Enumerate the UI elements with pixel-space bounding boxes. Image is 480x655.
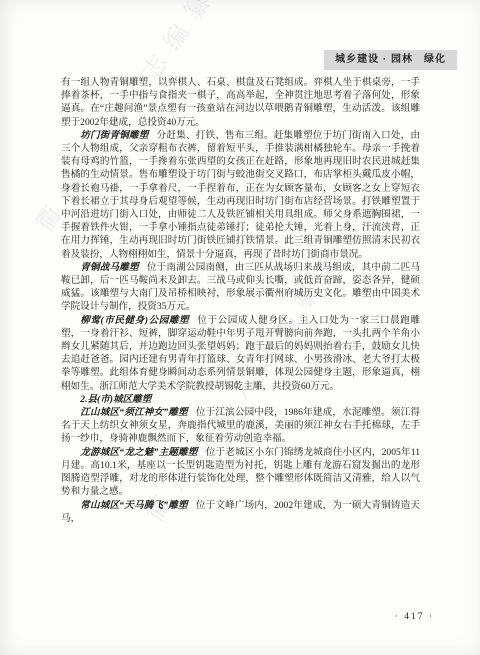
entry-title: 青铜战马雕塑 [80,262,139,273]
entry-title: 柳莺(市民健身)公园雕塑 [80,315,189,326]
entry-title: 常山城区“天马腾飞”雕塑 [80,500,188,511]
body-text: 有一组人物青铜雕塑，以弈棋人、石桌、棋盘及石凳组成。弈棋人坐于棋桌旁，一手捧着茶… [61,76,420,525]
subsection-heading-text: 2.县(市)城区雕塑 [80,394,151,405]
paragraph-text: 位于公园成人健身区。主入口处为一家三口晨跑雕塑，一身着汗衫、短裤，脚穿运动鞋中年… [61,315,420,392]
entry-title: 江山城区“须江神女”雕塑 [80,407,188,418]
page-number: · 417 · [395,612,434,622]
paragraph: 坊门街青铜雕塑分赶集、打铁、售布三组。赶集雕塑位于坊门街南入口处，由三个人物组成… [61,129,420,261]
paragraph: 常山城区“天马腾飞”雕塑位于文峰广场内，2002年建成，为一硕大青铜铸造天马， [61,499,420,525]
paragraph: 柳莺(市民健身)公园雕塑位于公园成人健身区。主入口处为一家三口晨跑雕塑，一身着汗… [61,314,420,393]
entry-title: 坊门街青铜雕塑 [80,130,148,141]
subsection-heading: 2.县(市)城区雕塑 [61,393,420,406]
scanned-book-page: 衢州市地方志编纂委员会编 衢州市地方志编纂委员会编 城乡建设 · 园林 绿化 有… [0,0,480,655]
entry-title: 龙游城区“龙之魅”主题雕塑 [80,447,197,458]
paragraph: 有一组人物青铜雕塑，以弈棋人、石桌、棋盘及石凳组成。弈棋人坐于棋桌旁，一手捧着茶… [61,76,420,129]
paragraph: 江山城区“须江神女”雕塑位于江滨公园中段，1986年建成，水泥雕塑。须江得名于天… [61,406,420,446]
paragraph: 龙游城区“龙之魅”主题雕塑位于老城区小东门锦绣龙城商住小区内，2005年11月建… [61,446,420,499]
paragraph-text: 分赶集、打铁、售布三组。赶集雕塑位于坊门街南入口处，由三个人物组成，父亲穿粗布衣… [61,130,420,260]
paragraph-text: 有一组人物青铜雕塑，以弈棋人、石桌、棋盘及石凳组成。弈棋人坐于棋桌旁，一手捧着茶… [61,77,420,128]
paragraph: 青铜战马雕塑位于南湖公园南侧，由三匹从战场归来战马组成，其中前二匹马鞍已卸，后一… [61,261,420,314]
section-header-badge: 城乡建设 · 园林 绿化 [324,50,457,70]
